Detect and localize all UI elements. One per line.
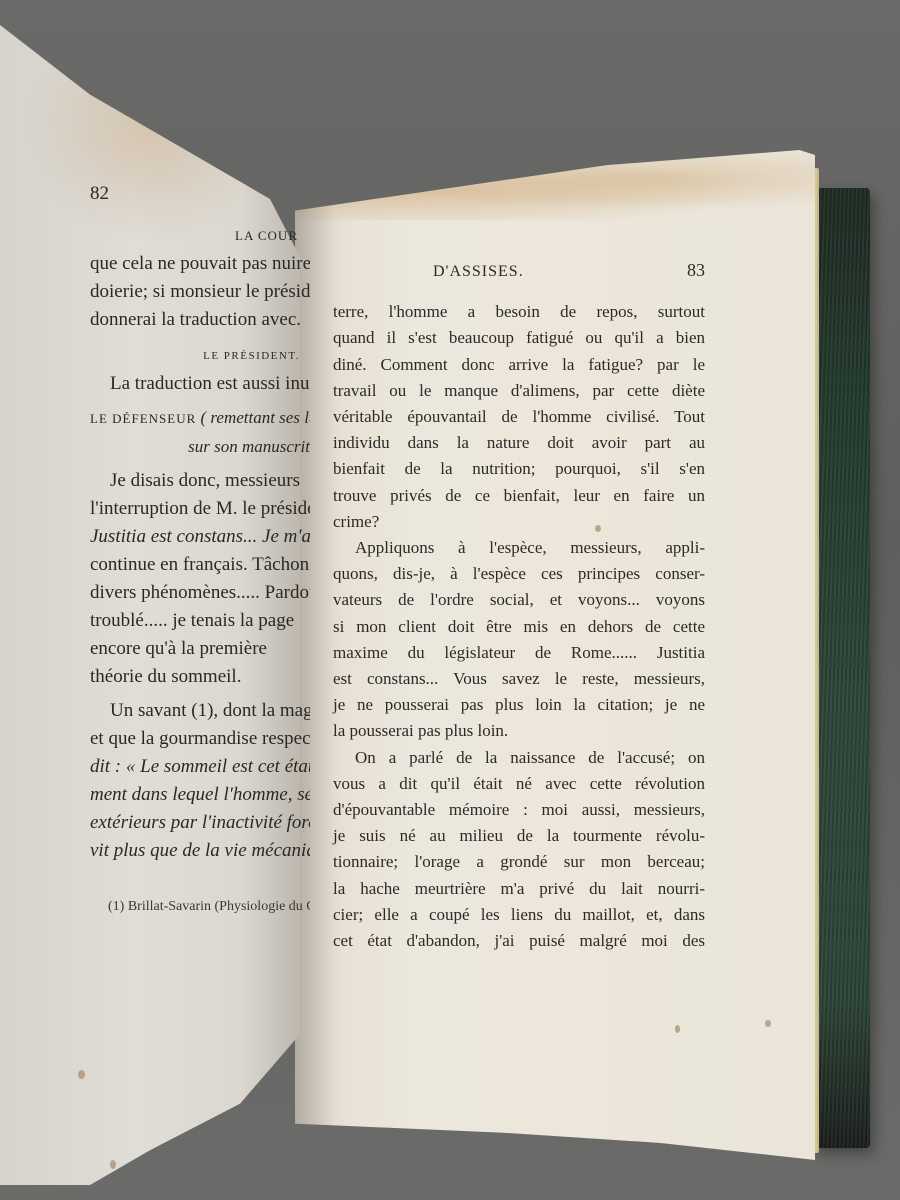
footnote: (1) Brillat-Savarin (Physiologie du Goût — [90, 893, 310, 921]
stage-direction: sur son manuscrit — [90, 433, 310, 461]
text-line: encore qu'à la première — [90, 635, 310, 663]
text-line: maxime du législateur de Rome...... Just… — [333, 640, 705, 666]
page-number: 82 — [90, 183, 109, 205]
text-line: donnerai la traduction avec. — [90, 306, 310, 334]
text-line: quons, dis-je, à l'espèce ces principes … — [333, 561, 705, 587]
text-line: et que la gourmandise respecte — [90, 725, 310, 753]
text-line: La traduction est aussi inutile — [90, 370, 310, 398]
right-page-text: D'ASSISES. 83 terre, l'homme a besoin de… — [333, 280, 705, 954]
text-line: si mon client doit être mis en dehors de… — [333, 614, 705, 640]
text-line: dit : « Le sommeil est cet état — [90, 753, 310, 781]
text-line: extérieurs par l'inactivité forcée — [90, 809, 310, 837]
foxing-spot — [110, 1160, 116, 1169]
text-line: je suis né au milieu de la tourmente rév… — [333, 823, 705, 849]
right-page: D'ASSISES. 83 terre, l'homme a besoin de… — [295, 150, 815, 1160]
foxing-spot — [78, 1070, 85, 1079]
text-line: que cela ne pouvait pas nuire — [90, 250, 310, 278]
text-line: tionnaire; l'orage a grondé sur mon berc… — [333, 849, 705, 875]
speaker-label: LE DÉFENSEUR — [90, 411, 196, 426]
text-line: vit plus que de la vie mécanique — [90, 837, 310, 865]
text-line: travail ou le manque d'alimens, par cett… — [333, 378, 705, 404]
text-line: On a parlé de la naissance de l'accusé; … — [333, 745, 705, 771]
text-line: terre, l'homme a besoin de repos, surtou… — [333, 299, 705, 325]
speaker-name: LE PRÉSIDENT. — [90, 342, 310, 370]
text-line: individu dans la nature doit avoir part … — [333, 430, 705, 456]
text-line: vateurs de l'ordre social, et voyons... … — [333, 587, 705, 613]
text-line: divers phénomènes..... Pardon — [90, 579, 310, 607]
right-page-header: D'ASSISES. 83 — [333, 257, 705, 285]
text-line: je ne pousserai pas plus loin la citatio… — [333, 692, 705, 718]
text-line: trouve privés de ce bienfait, leur en fa… — [333, 483, 705, 509]
text-line: d'épouvantable mémoire : moi aussi, mess… — [333, 797, 705, 823]
foxing-stain — [295, 150, 815, 220]
text-line: Justitia est constans... Je m'arrête — [90, 523, 310, 551]
text-line: troublé..... je tenais la page — [90, 607, 310, 635]
text-line: doierie; si monsieur le président — [90, 278, 310, 306]
text-line: est constans... Vous savez le reste, mes… — [333, 666, 705, 692]
text-line: l'interruption de M. le président — [90, 495, 310, 523]
stage-direction: ( remettant ses lunettes — [201, 408, 311, 427]
text-line: diné. Comment donc arrive la fatigue? pa… — [333, 352, 705, 378]
foxing-spot — [765, 1020, 771, 1027]
left-page-text: LA COUR que cela ne pouvait pas nuire do… — [90, 222, 310, 921]
book-cover-spine — [812, 188, 870, 1148]
text-line: crime? — [333, 509, 705, 535]
page-number: 83 — [687, 257, 705, 283]
foxing-spot — [615, 1150, 620, 1157]
running-title: D'ASSISES. — [433, 259, 524, 285]
text-line: la hache meurtrière m'a privé du lait no… — [333, 876, 705, 902]
text-line: continue en français. Tâchons d' — [90, 551, 310, 579]
text-line: cier; elle a coupé les liens du maillot,… — [333, 902, 705, 928]
text-line: théorie du sommeil. — [90, 663, 310, 691]
text-line: Je disais donc, messieurs — [90, 467, 310, 495]
text-line: véritable épouvantail de l'homme civilis… — [333, 404, 705, 430]
running-title: LA COUR — [90, 222, 310, 250]
text-line: la pousserai pas plus loin. — [333, 718, 705, 744]
foxing-spot — [675, 1025, 680, 1033]
text-line: Appliquons à l'espèce, messieurs, appli- — [333, 535, 705, 561]
foxing-spot — [248, 1115, 253, 1123]
text-line: bienfait de la nutrition; pourquoi, s'il… — [333, 456, 705, 482]
speaker-name: LE DÉFENSEUR ( remettant ses lunettes — [90, 404, 310, 433]
text-line: ment dans lequel l'homme, sé — [90, 781, 310, 809]
text-line: vous a dit qu'il était né avec cette rév… — [333, 771, 705, 797]
text-line: cet état d'abandon, j'ai puisé malgré mo… — [333, 928, 705, 954]
text-line: Un savant (1), dont la magistrature — [90, 697, 310, 725]
book-photo: D'ASSISES. 83 terre, l'homme a besoin de… — [0, 0, 900, 1200]
text-line: quand il s'est beaucoup fatigué ou qu'il… — [333, 325, 705, 351]
